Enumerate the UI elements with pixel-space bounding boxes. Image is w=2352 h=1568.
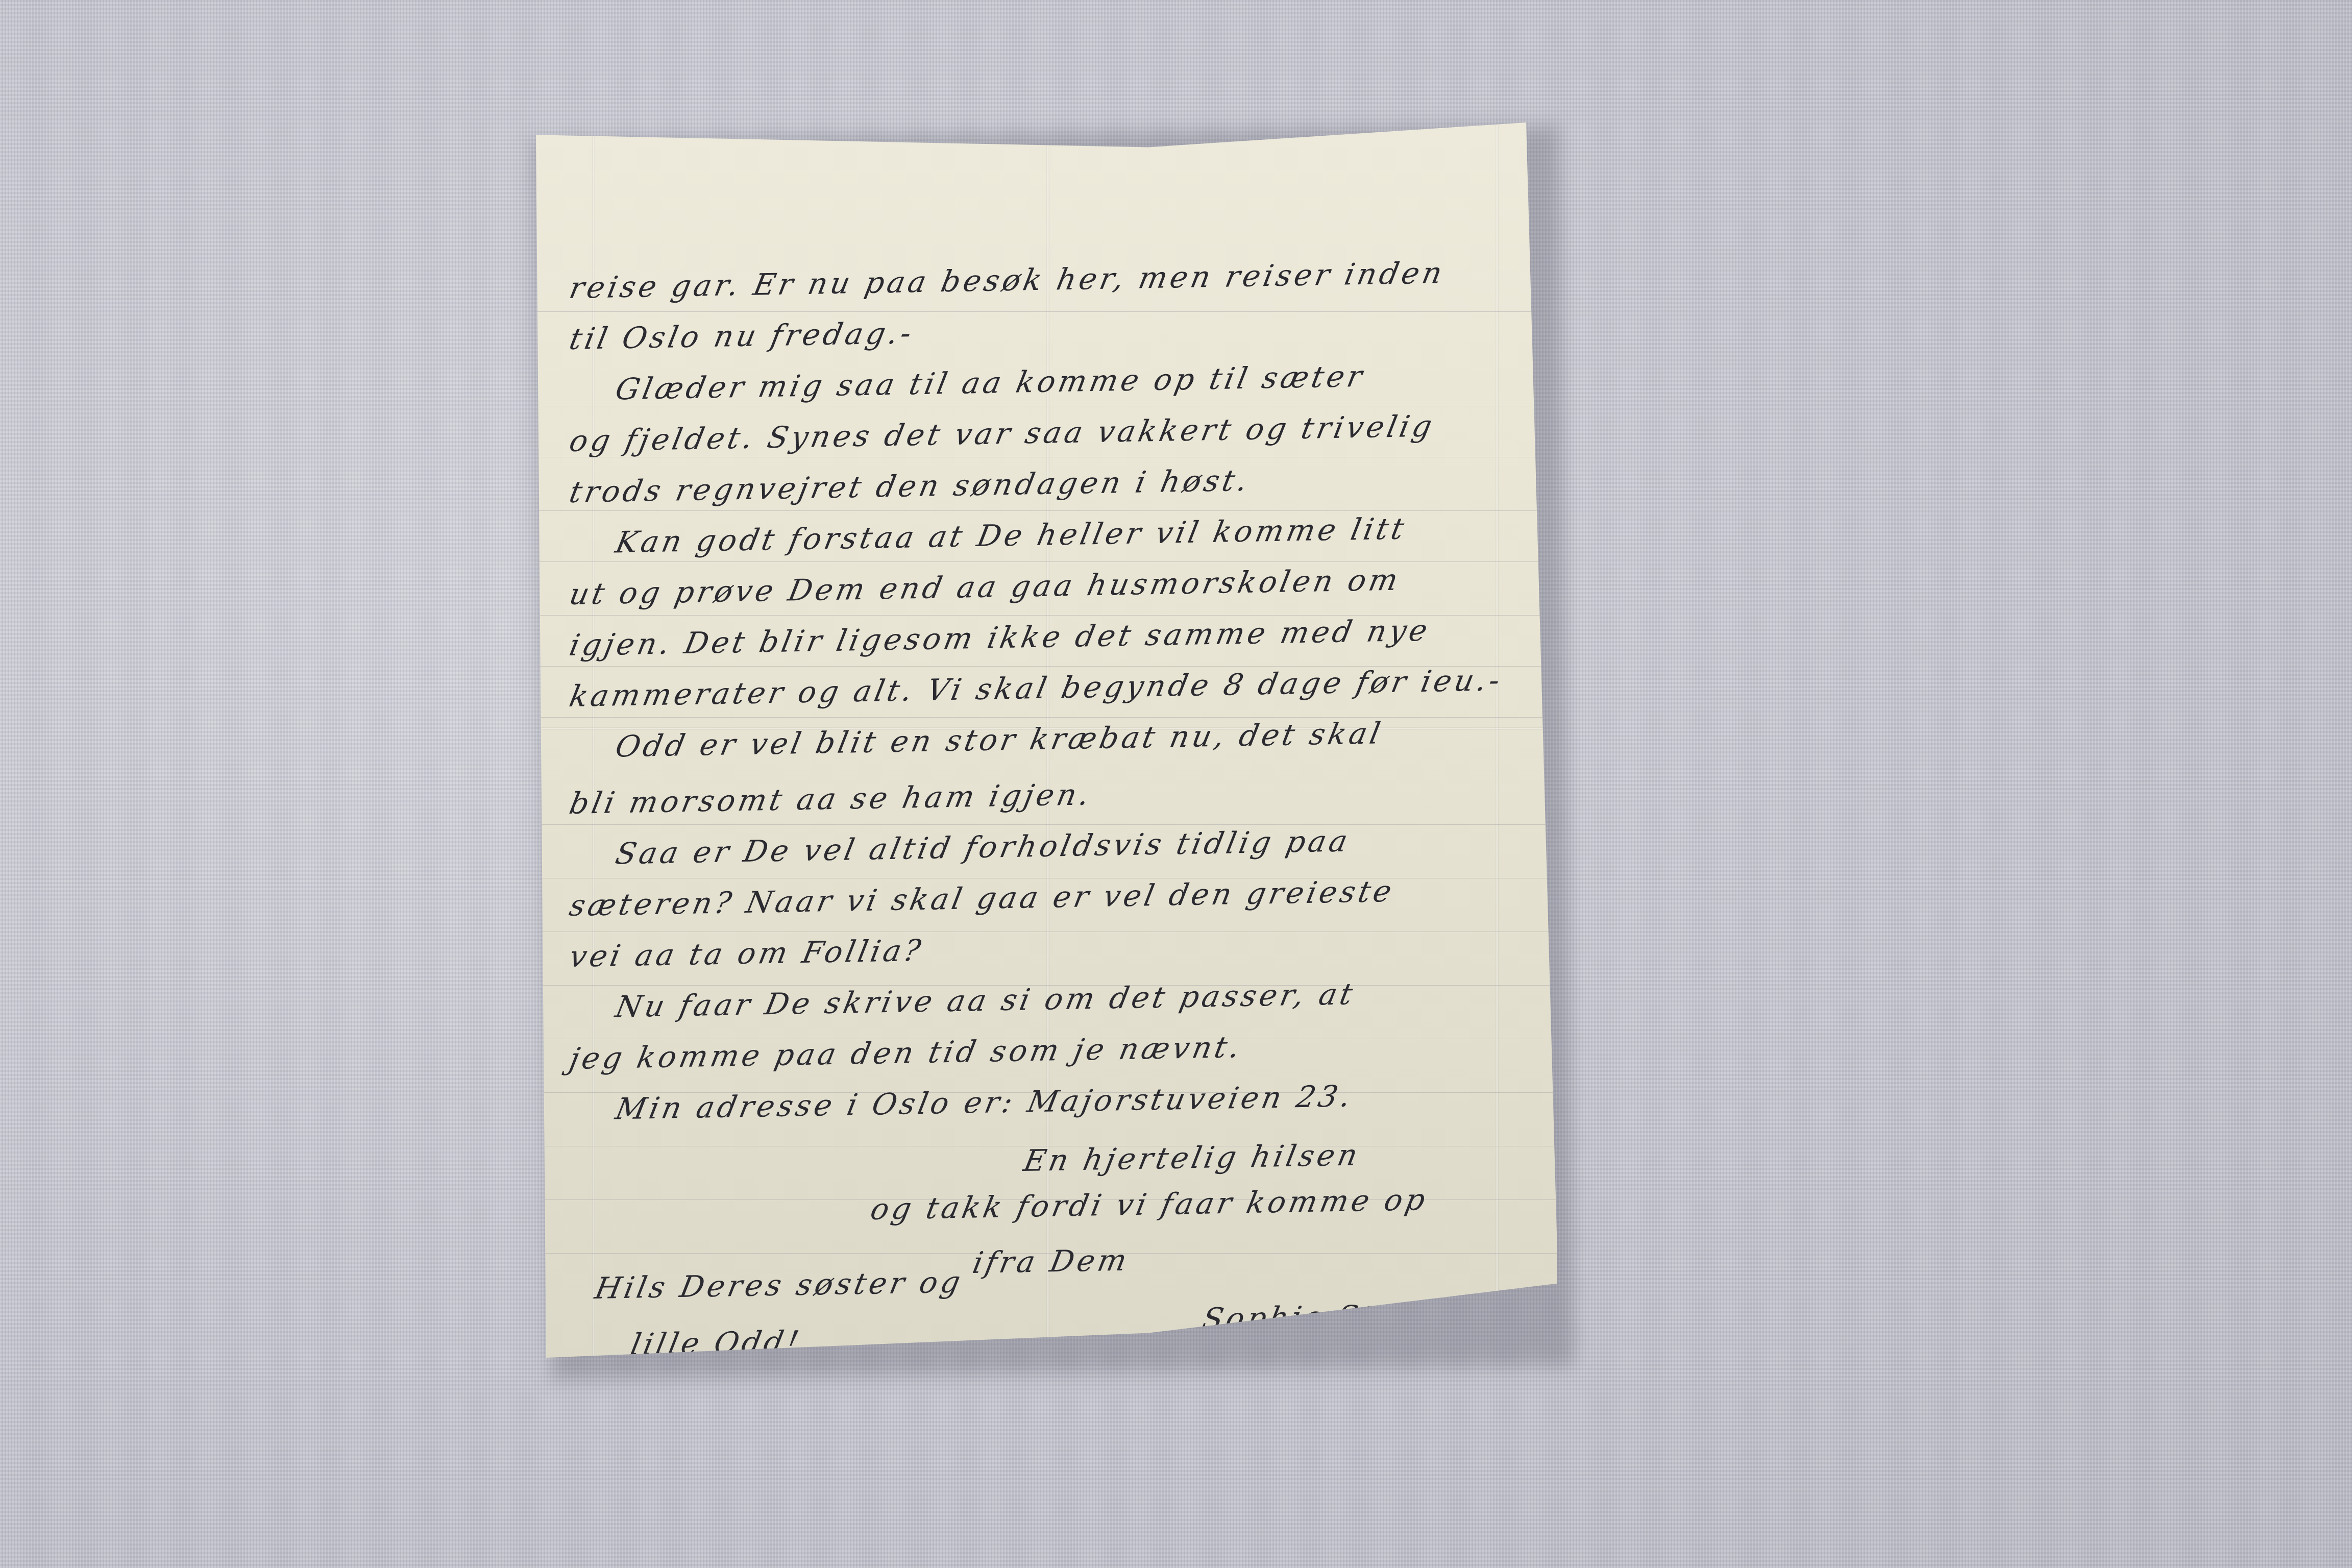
letter-line: bli morsomt aa se ham igjen. bbox=[567, 769, 1536, 821]
closing-thanks: og takk fordi vi faar komme op bbox=[868, 1180, 1535, 1227]
letter-line: Odd er vel blit en stor kræbat nu, det s… bbox=[567, 713, 1536, 765]
letter-line: til Oslo nu fredag.- bbox=[567, 305, 1536, 356]
letter-line: kammerater og alt. Vi skal begynde 8 dag… bbox=[567, 662, 1536, 714]
ruled-line bbox=[536, 406, 1557, 406]
letter-line: Min adresse i Oslo er: Majorstuveien 23. bbox=[567, 1075, 1536, 1127]
ruled-line bbox=[536, 457, 1557, 457]
letter-line: igjen. Det blir ligesom ikke det samme m… bbox=[567, 611, 1536, 663]
postscript-line: Hils Deres søster og bbox=[592, 1264, 966, 1306]
letter-line: trods regnvejret den søndagen i høst. bbox=[567, 458, 1536, 509]
letter-line: jeg komme paa den tid som je nævnt. bbox=[567, 1024, 1536, 1076]
letter-line: ut og prøve Dem end aa gaa husmorskolen … bbox=[567, 560, 1536, 611]
closing-greeting: En hjertelig hilsen bbox=[1021, 1135, 1535, 1178]
letter-line: reise gar. Er nu paa besøk her, men reis… bbox=[567, 254, 1536, 305]
letter-line: sæteren? Naar vi skal gaa er vel den gre… bbox=[567, 871, 1536, 923]
handwritten-letter: reise gar. Er nu paa besøk her, men reis… bbox=[536, 122, 1557, 1358]
letter-line: Glæder mig saa til aa komme op til sæter bbox=[567, 356, 1536, 407]
letter-line: Saa er De vel altid forholdsvis tidlig p… bbox=[567, 820, 1536, 872]
letter-line: vei aa ta om Follia? bbox=[567, 922, 1536, 974]
letter-line: og fjeldet. Synes det var saa vakkert og… bbox=[567, 407, 1536, 458]
closing-from: ifra Dem bbox=[970, 1236, 1535, 1280]
letter-line: Nu faar De skrive aa si om det passer, a… bbox=[567, 973, 1536, 1025]
letter-line: Kan godt forstaa at De heller vil komme … bbox=[567, 509, 1536, 560]
ruled-line bbox=[536, 355, 1557, 355]
